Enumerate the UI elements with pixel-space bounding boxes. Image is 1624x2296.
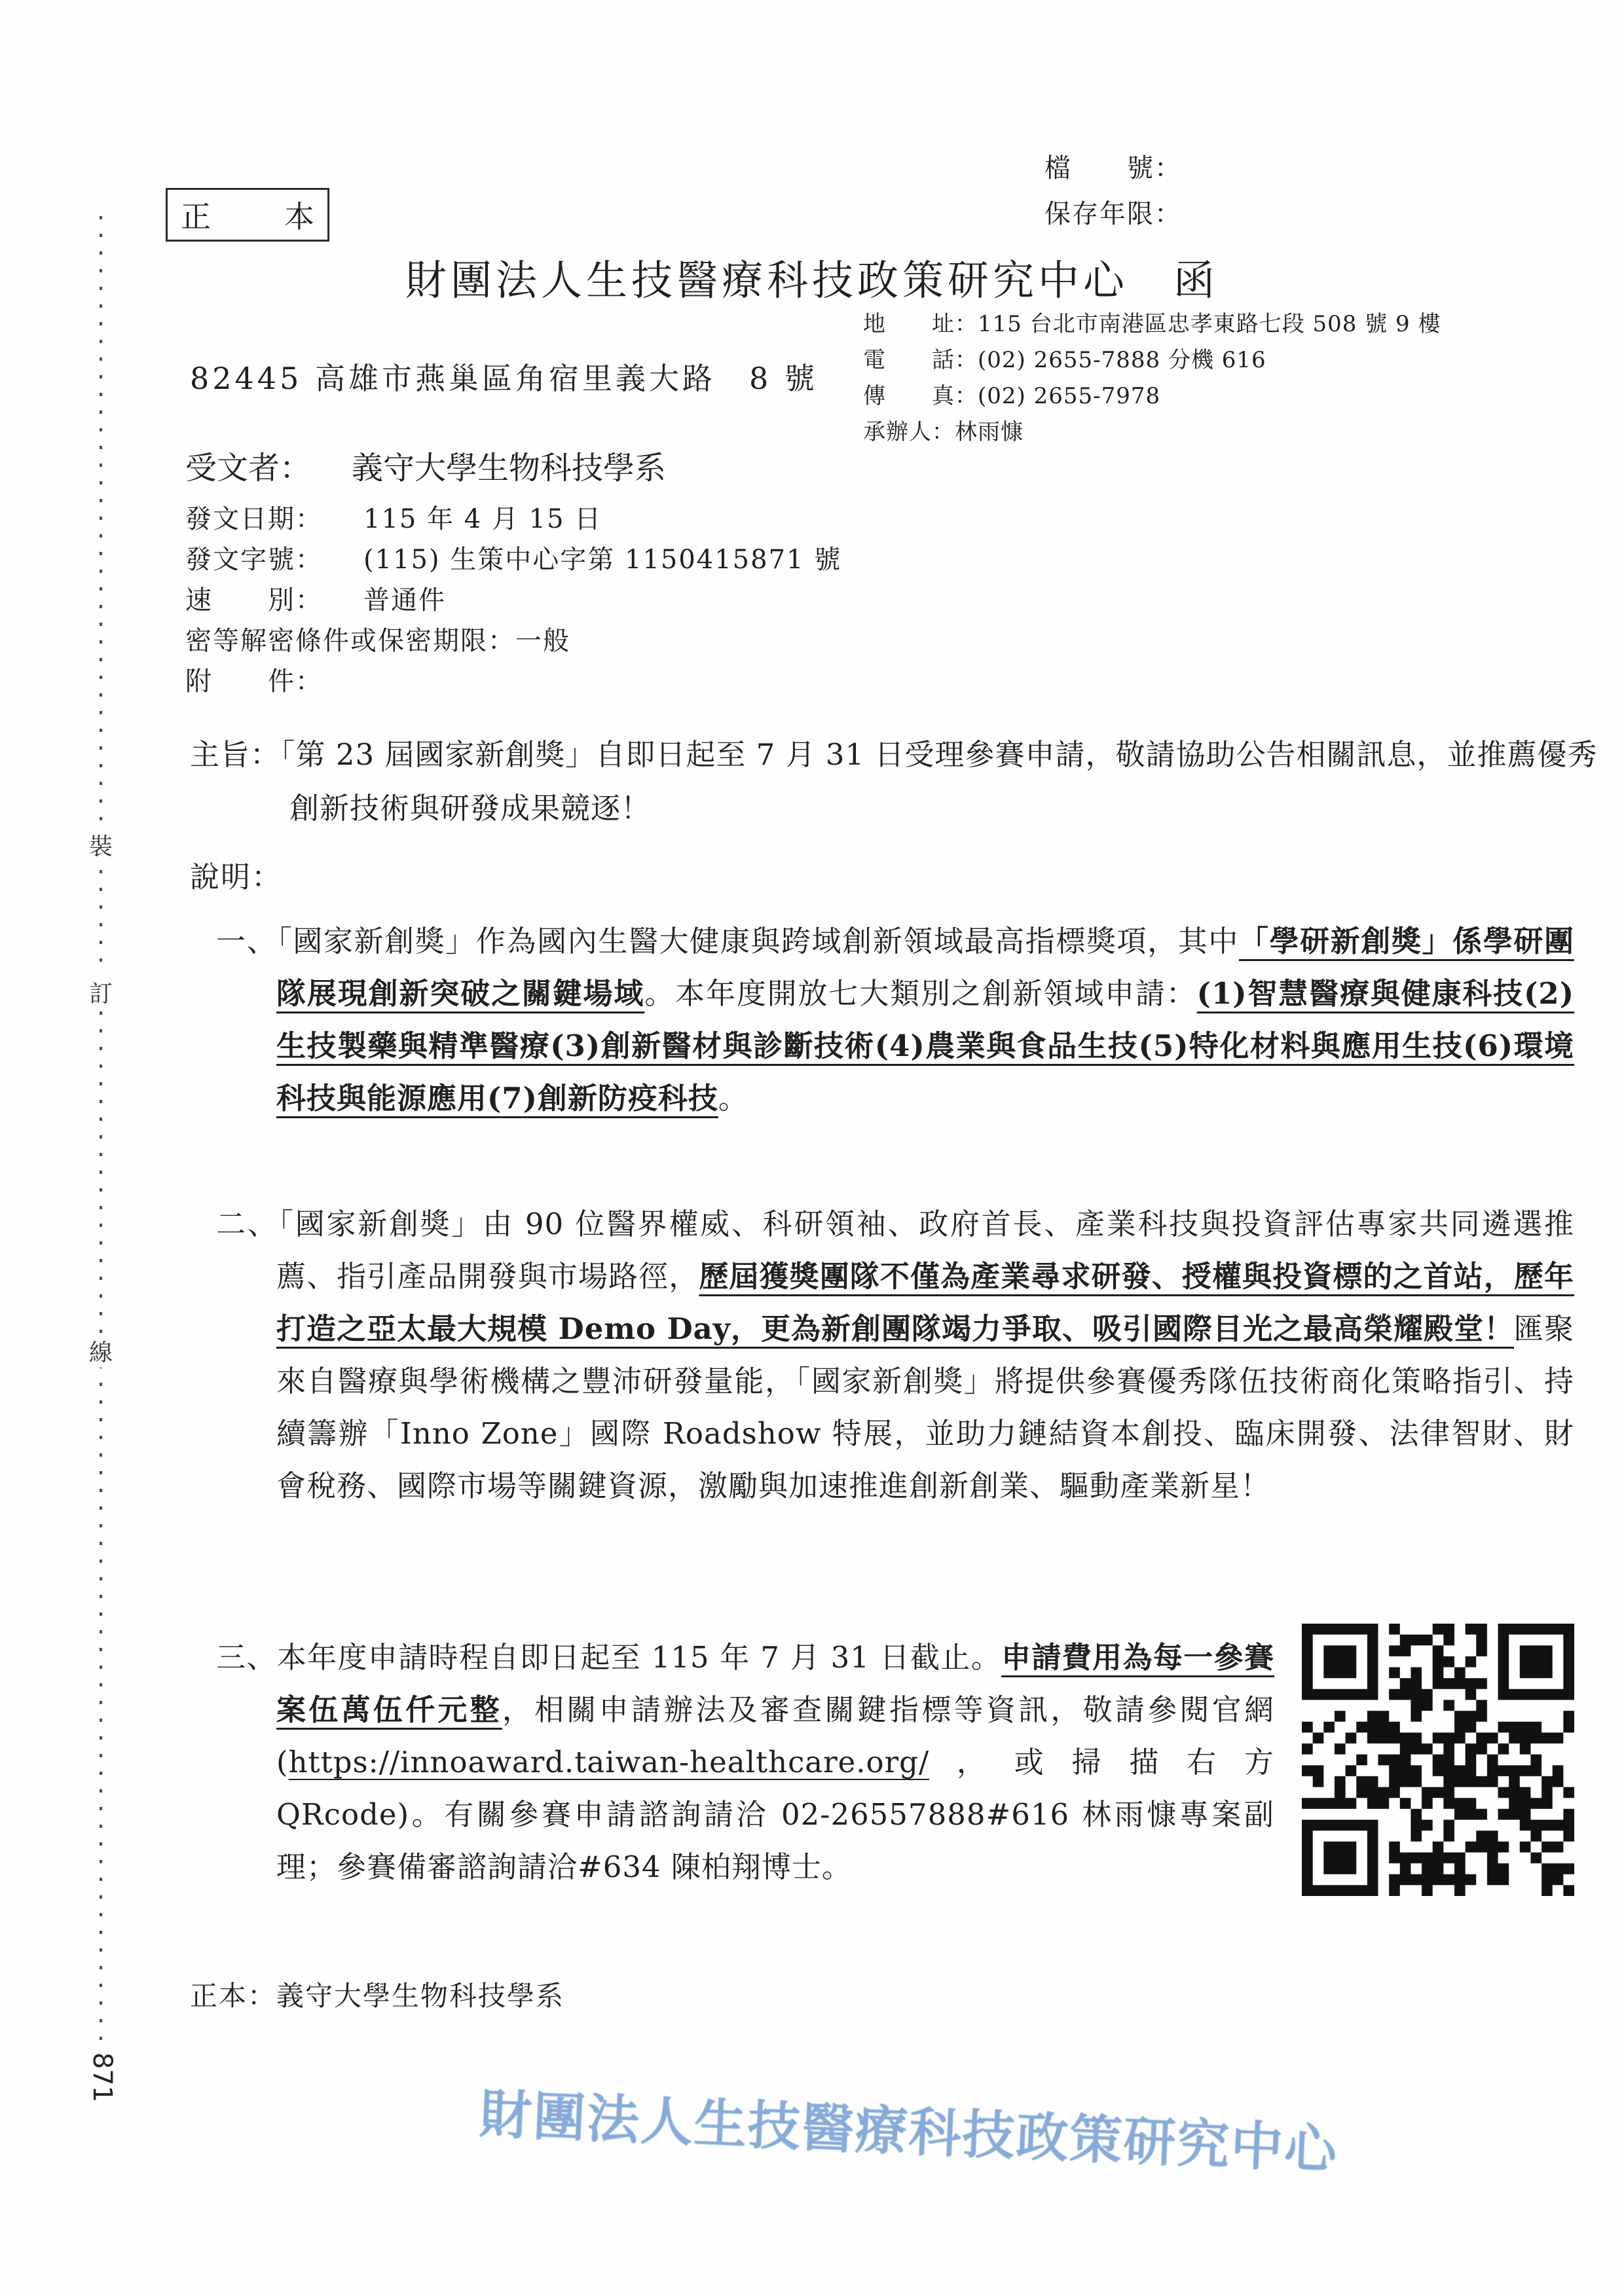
- meta-value: (115) 生策中心字第 1150415871 號: [363, 545, 841, 575]
- text-segment: 。本年度開放七大類別之創新領域申請：: [644, 976, 1196, 1011]
- meta-label: 發文日期：: [185, 499, 363, 539]
- text-segment: 本年度申請時程自即日起至 115 年 7 月 31 日截止。: [277, 1640, 1001, 1675]
- sender-phone-row: 電 話：(02) 2655-7888 分機 616: [863, 342, 1441, 378]
- binding-mark-zhuang: 裝: [84, 828, 118, 862]
- sender-fax-row: 傳 真：(02) 2655-7978: [863, 378, 1441, 414]
- description-label: 說明：: [190, 853, 282, 896]
- text-segment: 。: [718, 1081, 748, 1116]
- sender-fax-value: (02) 2655-7978: [978, 383, 1160, 409]
- copy-type-box: 正 本: [166, 188, 329, 242]
- retention-label: 保存年限：: [1044, 191, 1182, 237]
- meta-value: 普通件: [363, 585, 446, 615]
- org-stamp: 財團法人生技醫療科技政策研究中心: [478, 2072, 1340, 2183]
- list-item-2: 二、「國家新創獎」由 90 位醫界權威、科研領袖、政府首長、產業科技與投資評估專…: [216, 1198, 1574, 1512]
- recipient-value: 義守大學生物科技學系: [352, 450, 666, 486]
- sender-contact-value: 林雨慷: [955, 419, 1024, 445]
- meta-label: 速 別：: [185, 580, 363, 621]
- sender-contact-label: 承辦人：: [863, 414, 955, 450]
- sender-address-label: 地 址：: [863, 306, 978, 342]
- file-no-label: 檔 號：: [1044, 145, 1182, 191]
- item-text: 本年度申請時程自即日起至 115 年 7 月 31 日截止。申請費用為每一參賽案…: [276, 1640, 1274, 1884]
- copy-type-char: 正: [181, 193, 211, 236]
- binding-dotted-line: [100, 216, 102, 2049]
- qr-code: [1302, 1624, 1574, 1896]
- recipient-postal-address: 82445 高雄市燕巢區角宿里義大路 8 號: [190, 355, 818, 398]
- subject-label: 主旨：: [190, 737, 280, 772]
- url-text: https://innoaward.taiwan-healthcare.org/: [289, 1745, 930, 1779]
- sender-address-value: 115 台北市南港區忠孝東路七段 508 號 9 樓: [978, 311, 1441, 337]
- archive-labels: 檔 號： 保存年限：: [1044, 145, 1182, 237]
- meta-label: 附 件：: [185, 661, 363, 702]
- sender-contact-row: 承辦人：林雨慷: [863, 414, 1441, 450]
- sender-fax-label: 傳 真：: [863, 378, 978, 414]
- sender-phone-value: (02) 2655-7888 分機 616: [978, 347, 1266, 373]
- subject-text: 「第 23 屆國家新創獎」自即日起至 7 月 31 日受理參賽申請，敬請協助公告…: [280, 737, 1597, 826]
- copy-type-char: 本: [284, 193, 314, 236]
- meta-value: 115 年 4 月 15 日: [363, 504, 602, 534]
- item-number: 三、: [216, 1640, 277, 1675]
- item-number: 二、: [216, 1207, 278, 1241]
- meta-value: 一般: [515, 626, 570, 656]
- sender-info: 地 址：115 台北市南港區忠孝東路七段 508 號 9 樓 電 話：(02) …: [863, 306, 1441, 450]
- copy-to-line: 正本：義守大學生物科技學系: [190, 1975, 564, 2014]
- meta-row-classification: 密等解密條件或保密期限：一般: [185, 621, 841, 661]
- item-text: 「國家新創獎」由 90 位醫界權威、科研領袖、政府首長、產業科技與投資評估專家共…: [276, 1207, 1574, 1503]
- meta-row-docno: 發文字號：(115) 生策中心字第 1150415871 號: [185, 539, 841, 580]
- sender-address-row: 地 址：115 台北市南港區忠孝東路七段 508 號 9 樓: [863, 306, 1441, 342]
- meta-row-speed: 速 別：普通件: [185, 580, 841, 621]
- recipient-row: 受文者：義守大學生物科技學系: [185, 443, 666, 488]
- document-page: 裝 訂 線 871 檔 號： 保存年限： 正 本 財團法人生技醫療科技政策研究中…: [0, 0, 1624, 2296]
- recipient-label: 受文者：: [185, 450, 311, 486]
- page-code: 871: [87, 2052, 117, 2102]
- meta-fields: 發文日期：115 年 4 月 15 日 發文字號：(115) 生策中心字第 11…: [185, 499, 841, 702]
- item-number: 一、: [216, 924, 277, 958]
- meta-label: 密等解密條件或保密期限：: [185, 621, 515, 661]
- meta-row-attachment: 附 件：: [185, 661, 841, 702]
- list-item-1: 一、「國家新創獎」作為國內生醫大健康與跨域創新領域最高指標獎項，其中「學研新創獎…: [216, 915, 1574, 1125]
- subject-line: 主旨：「第 23 屆國家新創獎」自即日起至 7 月 31 日受理參賽申請，敬請協…: [190, 728, 1606, 835]
- sender-phone-label: 電 話：: [863, 342, 978, 378]
- text-segment: 「國家新創獎」作為國內生醫大健康與跨域創新領域最高指標獎項，其中: [277, 924, 1239, 958]
- document-title: 財團法人生技醫療科技政策研究中心 函: [0, 247, 1624, 307]
- list-item-3: 三、本年度申請時程自即日起至 115 年 7 月 31 日截止。申請費用為每一參…: [216, 1631, 1574, 1904]
- binding-mark-ding: 訂: [84, 975, 118, 1009]
- meta-row-date: 發文日期：115 年 4 月 15 日: [185, 499, 841, 539]
- binding-mark-xian: 線: [84, 1334, 118, 1368]
- item-text: 「國家新創獎」作為國內生醫大健康與跨域創新領域最高指標獎項，其中「學研新創獎」係…: [276, 924, 1574, 1116]
- meta-label: 發文字號：: [185, 539, 363, 580]
